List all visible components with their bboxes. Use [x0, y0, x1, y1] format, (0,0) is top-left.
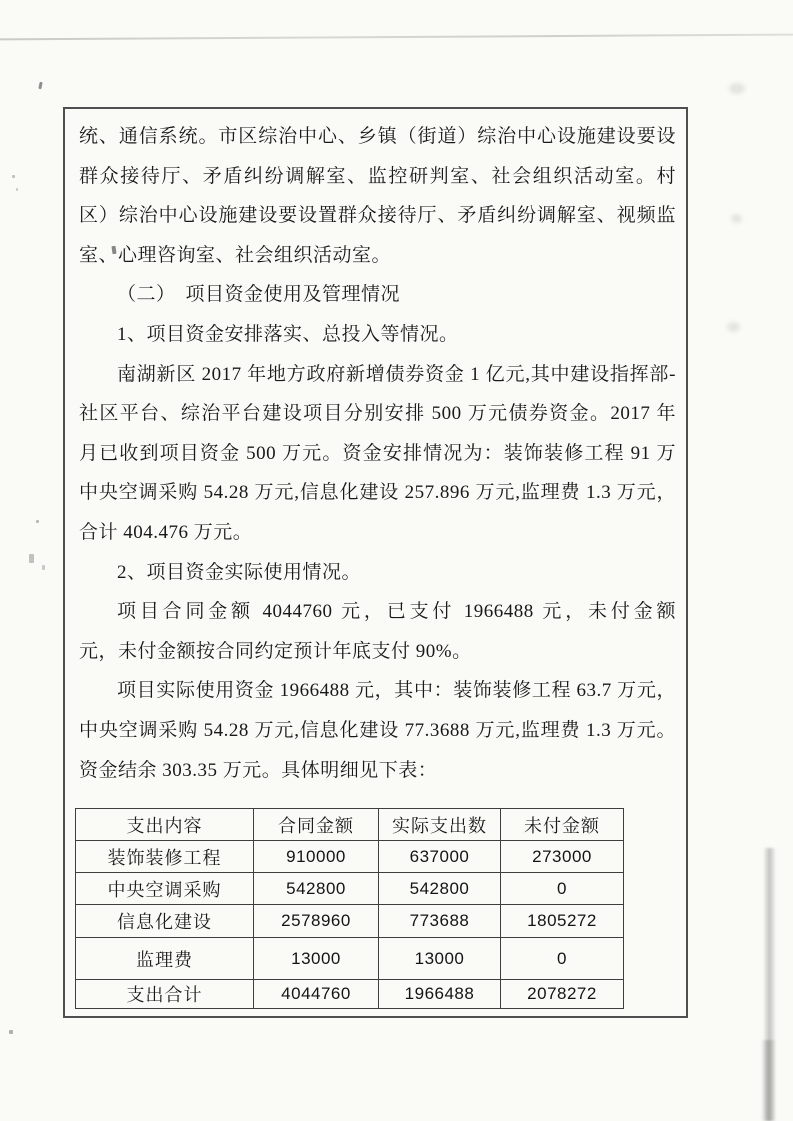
expense-row-label: 监理费: [76, 938, 254, 980]
expense-table: 支出内容合同金额实际支出数未付金额 装饰装修工程9100006370002730…: [75, 808, 624, 1009]
table-row: 监理费13000130000: [76, 938, 624, 980]
expense-cell: 2078272: [501, 980, 624, 1009]
column-header: 合同金额: [254, 809, 379, 841]
paragraph-line: （二） 项目资金使用及管理情况: [79, 275, 676, 315]
column-header: 未付金额: [501, 809, 624, 841]
table-header-row: 支出内容合同金额实际支出数未付金额: [76, 809, 624, 841]
expense-cell: 0: [501, 938, 624, 980]
expense-cell: 637000: [379, 841, 501, 873]
paragraph-line: 项目实际使用资金 1966488 元，其中：装饰装修工程 63.7 万元，: [79, 671, 676, 711]
scan-streak: [761, 1040, 776, 1121]
paragraph-line: 资金结余 303.35 万元。具体明细见下表：: [79, 751, 676, 791]
scan-speck: [29, 554, 34, 563]
scan-speck: [42, 565, 45, 570]
table-row: 信息化建设25789607736881805272: [76, 905, 624, 938]
expense-cell: 910000: [254, 841, 379, 873]
expense-cell: 542800: [379, 873, 501, 905]
document-content-box: 统、通信系统。市区综治中心、乡镇（街道）综治中心设施建设要设置群众接待厅、矛盾纠…: [63, 107, 688, 1018]
paragraph-line: 1、项目资金安排落实、总投入等情况。: [79, 315, 676, 355]
paragraph-line: 中央空调采购 54.28 万元,信息化建设 77.3688 万元,监理费 1.3…: [79, 711, 676, 751]
expense-cell: 13000: [379, 938, 501, 980]
expense-row-label: 中央空调采购: [76, 873, 254, 905]
expense-cell: 1805272: [501, 905, 624, 938]
expense-cell: 4044760: [254, 980, 379, 1009]
document-text: 统、通信系统。市区综治中心、乡镇（街道）综治中心设施建设要设置群众接待厅、矛盾纠…: [79, 117, 676, 790]
scan-smudge: [727, 322, 740, 332]
paragraph-line: 室、心理咨询室、社会组织活动室。: [79, 236, 676, 276]
scan-speck: [38, 82, 42, 89]
paragraph-line: 2、项目资金实际使用情况。: [79, 553, 676, 593]
expense-cell: 773688: [379, 905, 501, 938]
expense-row-label: 信息化建设: [76, 905, 254, 938]
table-row: 支出合计404476019664882078272: [76, 980, 624, 1009]
paragraph-line: 元，未付金额按合同约定预计年底支付 90%。: [79, 632, 676, 672]
expense-cell: 1966488: [379, 980, 501, 1009]
paragraph-line: 中央空调采购 54.28 万元,信息化建设 257.896 万元,监理费 1.3…: [79, 473, 676, 513]
paragraph-line: 区）综治中心设施建设要设置群众接待厅、矛盾纠纷调解室、视频监控: [79, 196, 676, 236]
paragraph-line: 群众接待厅、矛盾纠纷调解室、监控研判室、社会组织活动室。村（社: [79, 157, 676, 197]
scan-speck: [36, 520, 39, 523]
paragraph-line: 社区平台、综治平台建设项目分别安排 500 万元债券资金。2017 年 11: [79, 394, 676, 434]
table-row: 中央空调采购5428005428000: [76, 873, 624, 905]
paragraph-line: 月已收到项目资金 500 万元。资金安排情况为：装饰装修工程 91 万元，: [79, 434, 676, 474]
expense-cell: 273000: [501, 841, 624, 873]
scan-speck: [9, 1030, 13, 1034]
scan-streak: [763, 848, 776, 1121]
scan-edge-line: [0, 34, 793, 41]
scanned-document-page: 统、通信系统。市区综治中心、乡镇（街道）综治中心设施建设要设置群众接待厅、矛盾纠…: [0, 0, 793, 1121]
scan-smudge: [731, 214, 742, 223]
expense-cell: 542800: [254, 873, 379, 905]
expense-cell: 13000: [254, 938, 379, 980]
scan-speck: [12, 175, 15, 178]
expense-row-label: 支出合计: [76, 980, 254, 1009]
paragraph-line: 统、通信系统。市区综治中心、乡镇（街道）综治中心设施建设要设置: [79, 117, 676, 157]
paragraph-line: 南湖新区 2017 年地方政府新增债券资金 1 亿元,其中建设指挥部-: [79, 355, 676, 395]
paragraph-line: 项目合同金额 4044760 元，已支付 1966488 元，未付金额 2078…: [79, 592, 676, 632]
expense-row-label: 装饰装修工程: [76, 841, 254, 873]
column-header: 支出内容: [76, 809, 254, 841]
column-header: 实际支出数: [379, 809, 501, 841]
scan-smudge: [729, 83, 745, 94]
expense-cell: 2578960: [254, 905, 379, 938]
table-row: 装饰装修工程910000637000273000: [76, 841, 624, 873]
paragraph-line: 合计 404.476 万元。: [79, 513, 676, 553]
scan-speck: [16, 188, 18, 191]
expense-cell: 0: [501, 873, 624, 905]
